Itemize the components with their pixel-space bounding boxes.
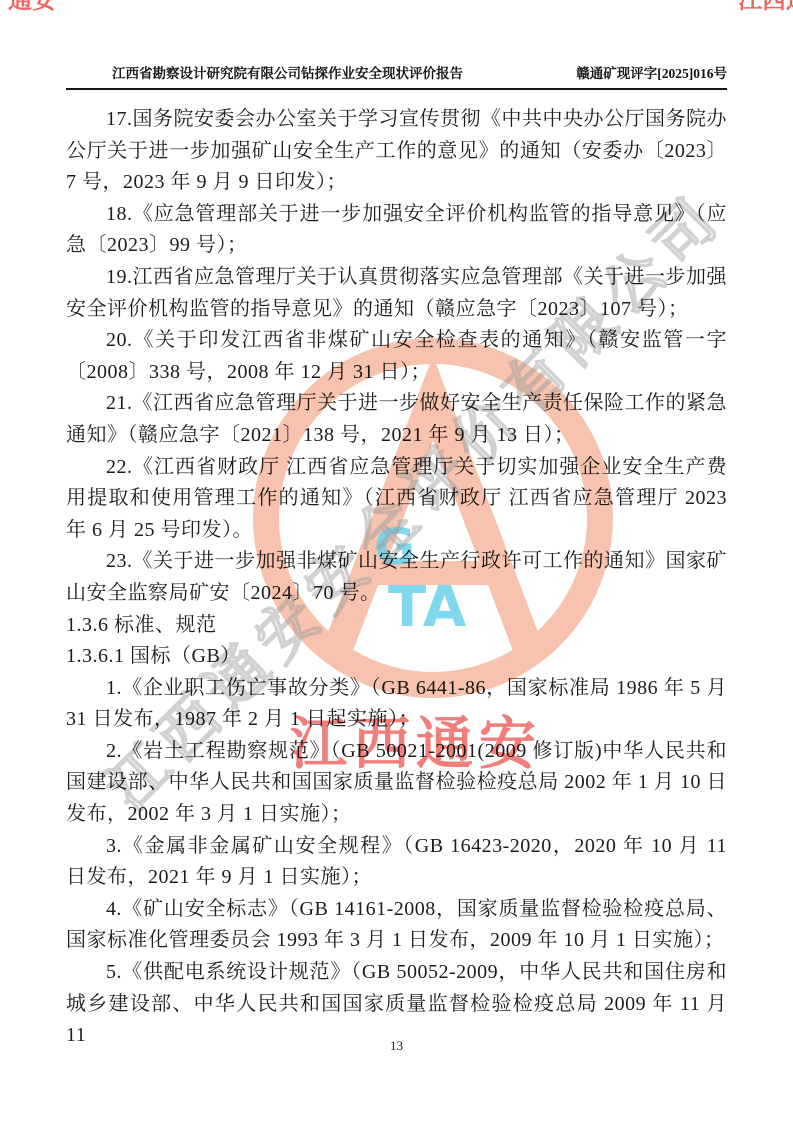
paragraph-item-23: 23.《关于进一步加强非煤矿山安全生产行政许可工作的通知》国家矿山安全监察局矿安…	[66, 546, 727, 609]
document-body: 17.国务院安委会办公室关于学习宣传贯彻《中共中央办公厅国务院办公厅关于进一步加…	[66, 104, 727, 1052]
page-header: 江西省勘察设计研究院有限公司钻探作业安全现状评价报告 赣通矿现评字[2025]0…	[66, 62, 727, 90]
paragraph-item-17: 17.国务院安委会办公室关于学习宣传贯彻《中共中央办公厅国务院办公厅关于进一步加…	[66, 104, 727, 199]
section-heading-1-3-6-1: 1.3.6.1 国标（GB）	[66, 641, 727, 673]
paragraph-gb-item-1: 1.《企业职工伤亡事故分类》（GB 6441-86，国家标准局 1986 年 5…	[66, 673, 727, 736]
corner-stamp-fragment-left: 通安	[8, 0, 56, 12]
paragraph-gb-item-4: 4.《矿山安全标志》（GB 14161-2008，国家质量监督检验检疫总局、国家…	[66, 894, 727, 957]
header-doc-number: 赣通矿现评字[2025]016号	[576, 62, 727, 82]
section-heading-1-3-6: 1.3.6 标准、规范	[66, 610, 727, 642]
paragraph-gb-item-2: 2.《岩土工程勘察规范》（GB 50021-2001(2009 修订版)中华人民…	[66, 736, 727, 831]
paragraph-item-18: 18.《应急管理部关于进一步加强安全评价机构监管的指导意见》（应急〔2023〕9…	[66, 199, 727, 262]
paragraph-item-21: 21.《江西省应急管理厅关于进一步做好安全生产责任保险工作的紧急通知》（赣应急字…	[66, 388, 727, 451]
paragraph-item-20: 20.《关于印发江西省非煤矿山安全检查表的通知》（赣安监管一字〔2008〕338…	[66, 325, 727, 388]
corner-stamp-fragment-right: 江西通	[738, 0, 793, 12]
paragraph-item-22: 22.《江西省财政厅 江西省应急管理厅关于切实加强企业安全生产费用提取和使用管理…	[66, 452, 727, 547]
paragraph-gb-item-3: 3.《金属非金属矿山安全规程》（GB 16423-2020，2020 年 10 …	[66, 831, 727, 894]
page-number: 13	[0, 1038, 793, 1054]
paragraph-item-19: 19.江西省应急管理厅关于认真贯彻落实应急管理部《关于进一步加强安全评价机构监管…	[66, 262, 727, 325]
header-report-title: 江西省勘察设计研究院有限公司钻探作业安全现状评价报告	[66, 62, 463, 82]
document-page: 江西省勘察设计研究院有限公司钻探作业安全现状评价报告 赣通矿现评字[2025]0…	[0, 0, 793, 1122]
